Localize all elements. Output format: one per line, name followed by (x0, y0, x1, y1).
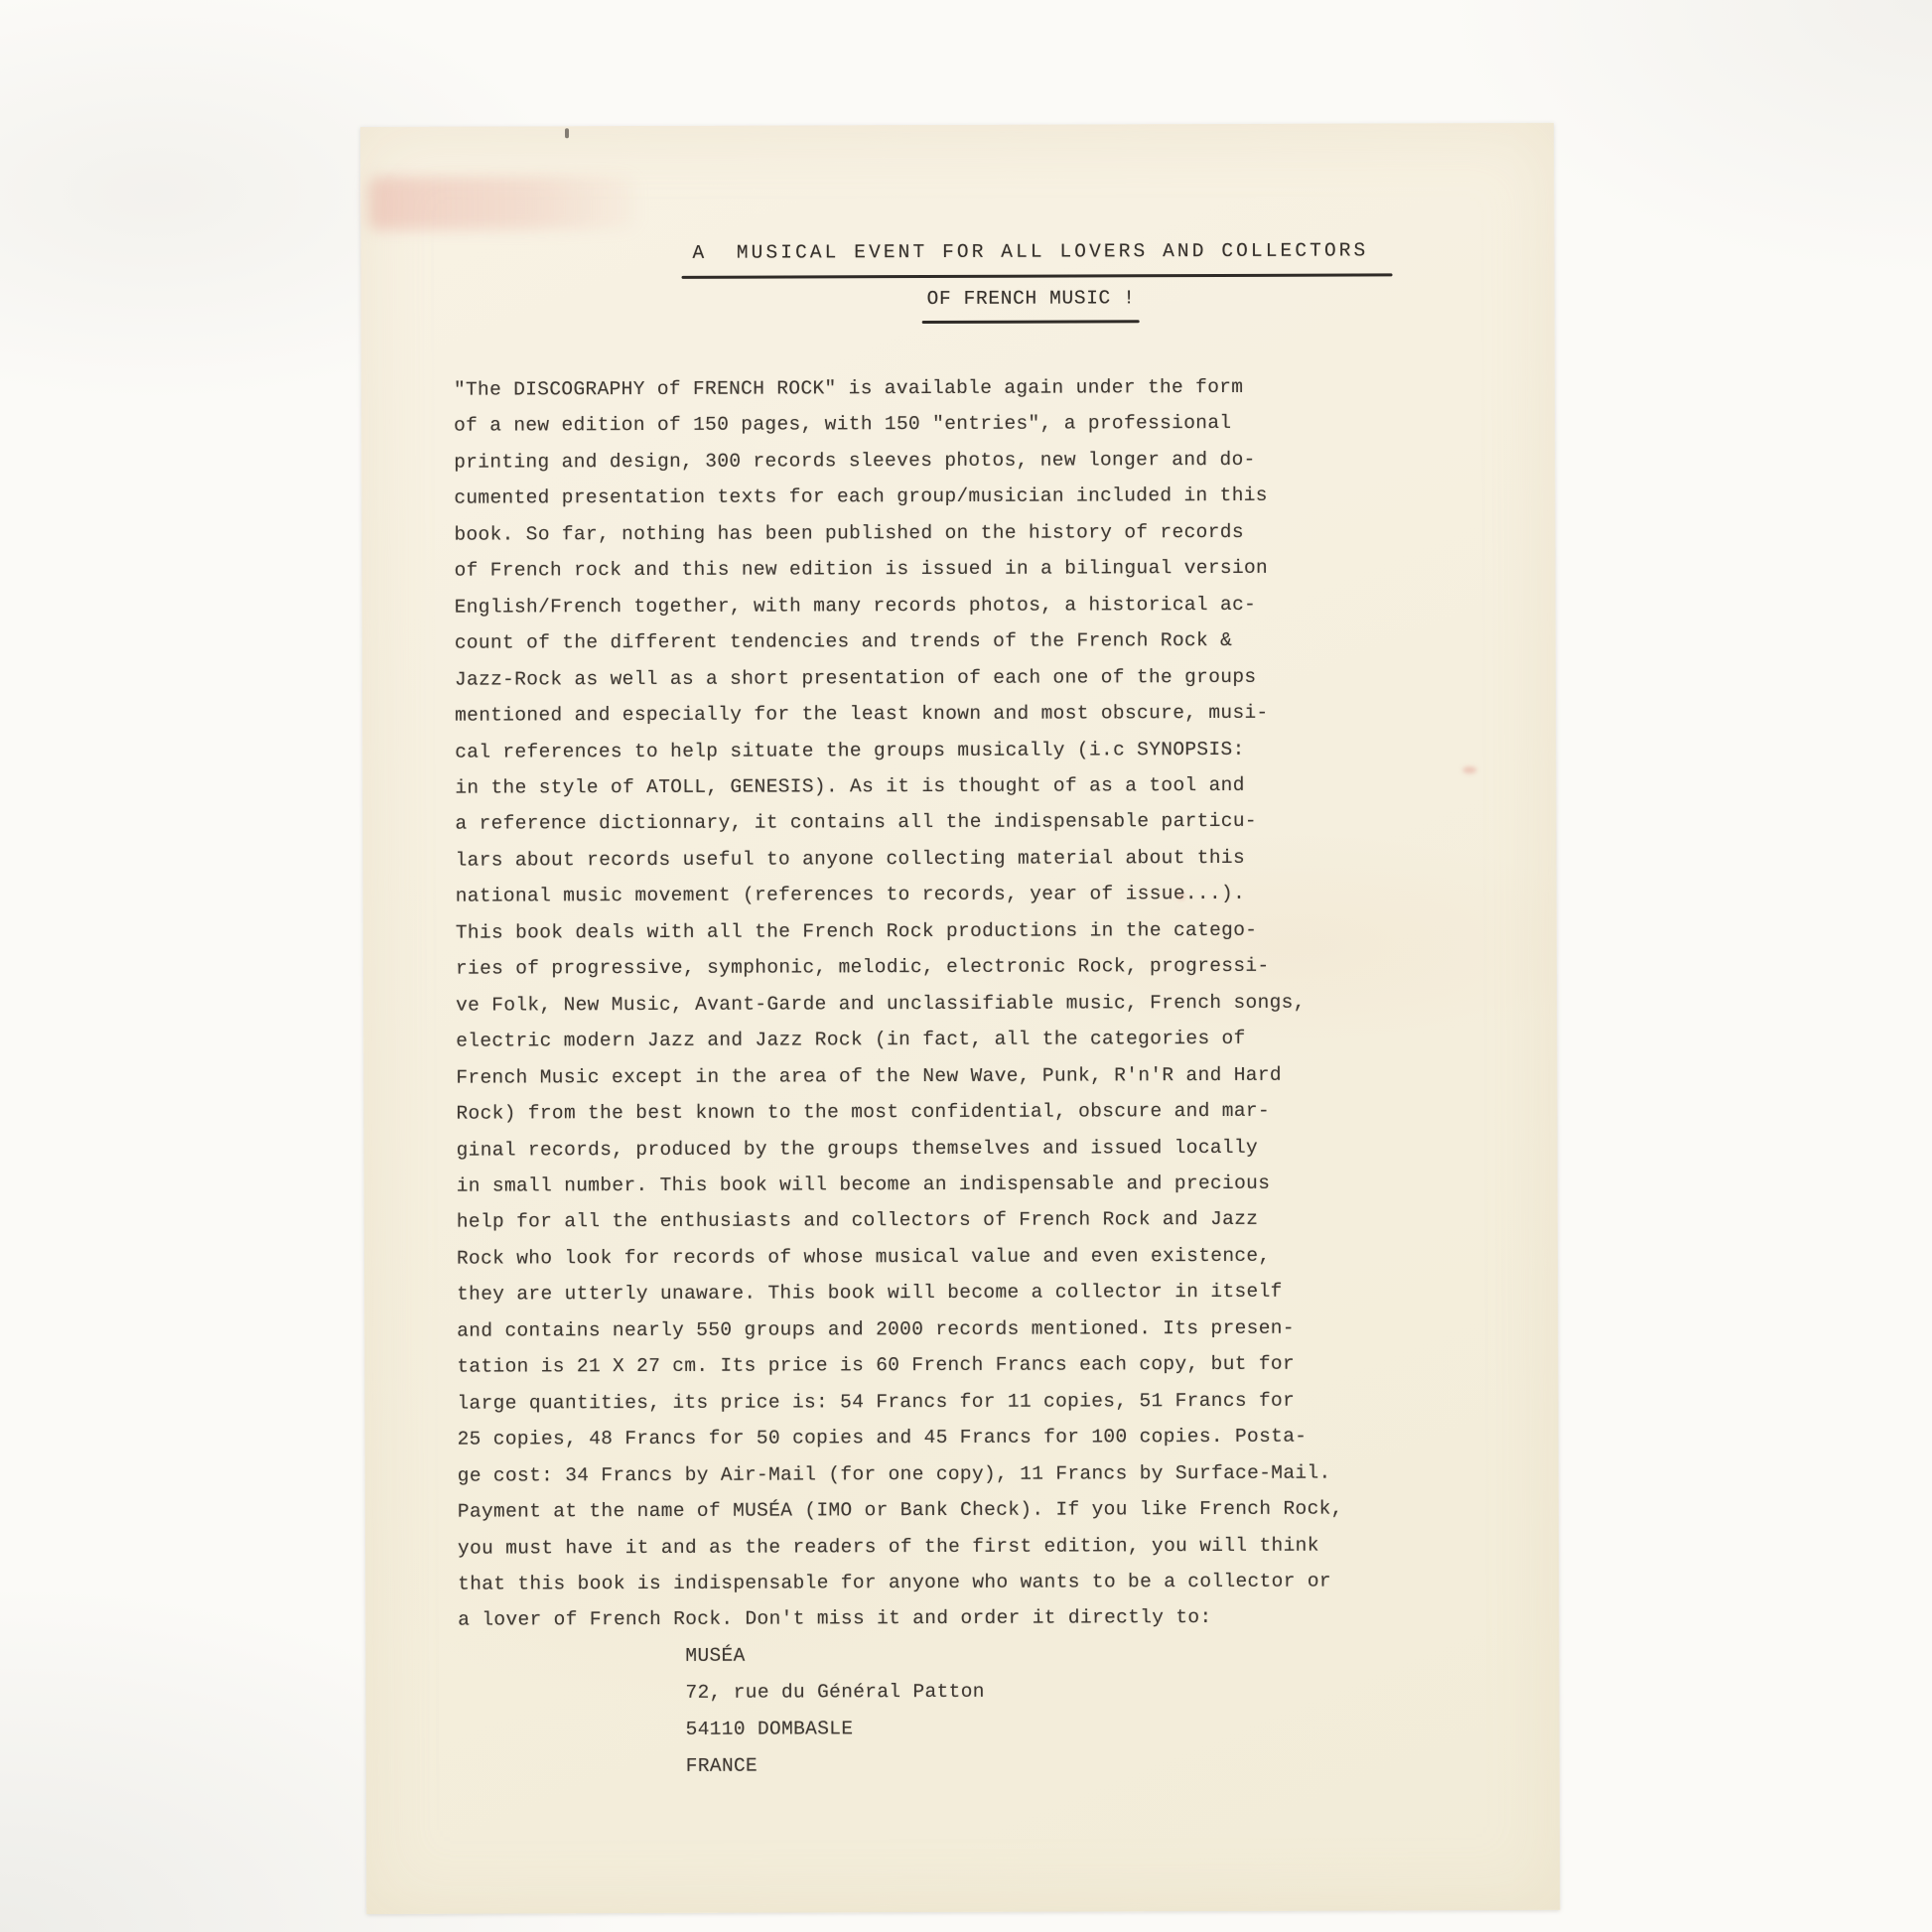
text-line: cumented presentation texts for each gro… (454, 478, 1339, 517)
text-line: book. So far, nothing has been published… (454, 513, 1339, 553)
text-line: electric modern Jazz and Jazz Rock (in f… (456, 1021, 1341, 1060)
text-line: "The DISCOGRAPHY of FRENCH ROCK" is avai… (454, 369, 1339, 409)
text-line: a reference dictionnary, it contains all… (455, 803, 1340, 843)
text-line: Rock) from the best known to the most co… (456, 1093, 1341, 1133)
text-line: of French rock and this new edition is i… (454, 550, 1339, 590)
text-line: English/French together, with many recor… (455, 586, 1340, 625)
text-line: you must have it and as the readers of t… (458, 1527, 1343, 1567)
pink-speck (1462, 766, 1476, 773)
text-line: in the style of ATOLL, GENESIS). As it i… (455, 767, 1340, 807)
text-line: they are utterly unaware. This book will… (457, 1274, 1342, 1313)
body-text: "The DISCOGRAPHY of FRENCH ROCK" is avai… (454, 369, 1343, 1639)
title-underline-1 (682, 273, 1393, 278)
text-line: 25 copies, 48 Francs for 50 copies and 4… (458, 1419, 1343, 1458)
ink-bleed-stain (368, 176, 636, 230)
text-line: ve Folk, New Music, Avant-Garde and uncl… (456, 984, 1341, 1024)
text-line: printing and design, 300 records sleeves… (454, 441, 1339, 481)
text-line: and contains nearly 550 groups and 2000 … (457, 1310, 1342, 1349)
text-line: large quantities, its price is: 54 Franc… (457, 1382, 1342, 1422)
text-line: Rock who look for records of whose music… (457, 1237, 1342, 1277)
address-block: MUSÉA72, rue du Général Patton54110 DOMB… (685, 1637, 985, 1785)
text-line: This book deals with all the French Rock… (456, 911, 1341, 951)
text-line: of a new edition of 150 pages, with 150 … (454, 405, 1339, 445)
paper-sheet: A MUSICAL EVENT FOR ALL LOVERS AND COLLE… (360, 123, 1560, 1914)
text-line: that this book is indispensable for anyo… (458, 1564, 1343, 1603)
text-line: 72, rue du Général Patton (685, 1674, 984, 1712)
text-line: help for all the enthusiasts and collect… (457, 1201, 1342, 1241)
text-line: ries of progressive, symphonic, melodic,… (456, 948, 1341, 988)
title-underline-2 (922, 320, 1140, 324)
text-line: FRANCE (686, 1747, 985, 1785)
title-line-2: OF FRENCH MUSIC ! (927, 287, 1136, 310)
text-line: Jazz-Rock as well as a short presentatio… (455, 658, 1340, 698)
text-line: 54110 DOMBASLE (686, 1711, 985, 1748)
title-line-1: A MUSICAL EVENT FOR ALL LOVERS AND COLLE… (692, 239, 1368, 263)
stray-mark (565, 128, 569, 138)
text-line: cal references to help situate the group… (455, 731, 1340, 770)
text-line: count of the different tendencies and tr… (455, 622, 1340, 662)
text-line: national music movement (references to r… (456, 876, 1341, 915)
text-line: MUSÉA (685, 1637, 984, 1675)
text-line: French Music except in the area of the N… (456, 1056, 1341, 1096)
text-line: tation is 21 X 27 cm. Its price is 60 Fr… (457, 1346, 1342, 1386)
text-line: mentioned and especially for the least k… (455, 695, 1340, 735)
text-line: ginal records, produced by the groups th… (457, 1129, 1342, 1169)
text-line: ge cost: 34 Francs by Air-Mail (for one … (458, 1454, 1343, 1494)
text-line: Payment at the name of MUSÉA (IMO or Ban… (458, 1491, 1343, 1531)
scan-background: A MUSICAL EVENT FOR ALL LOVERS AND COLLE… (0, 0, 1932, 1932)
text-line: a lover of French Rock. Don't miss it an… (458, 1599, 1343, 1639)
text-line: lars about records useful to anyone coll… (456, 839, 1341, 879)
text-line: in small number. This book will become a… (457, 1166, 1342, 1205)
